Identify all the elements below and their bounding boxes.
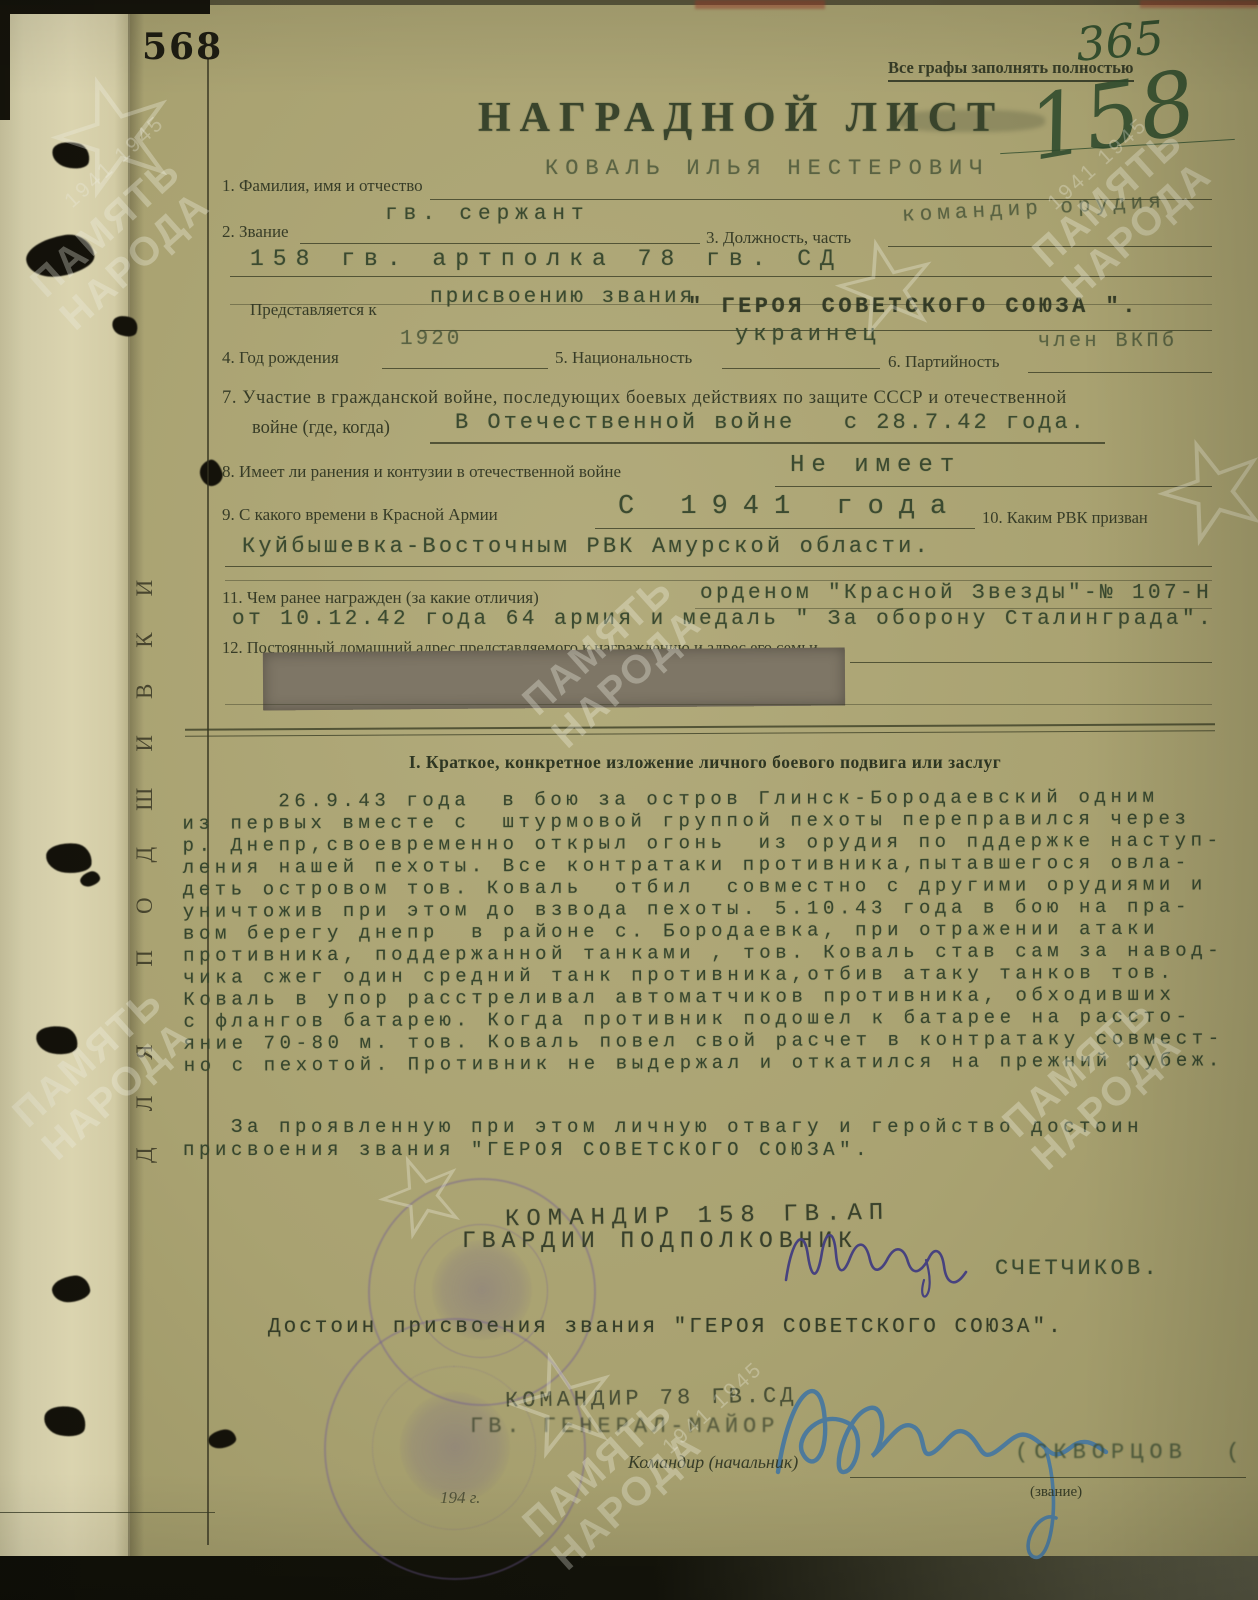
field-label-position: 3. Должность, часть [706, 228, 851, 248]
presented-value: присвоению звания [430, 286, 695, 309]
red-stamp-trace [1140, 0, 1258, 8]
feat-description: 26.9.43 года в бою за остров Глинск-Боро… [182, 785, 1253, 1077]
round-stamp [324, 1318, 586, 1580]
name-value: КОВАЛЬ ИЛЬЯ НЕСТЕРОВИЧ [545, 156, 989, 181]
presented-title-value: " ГЕРОЯ СОВЕТСКОГО СОЮЗА ". [688, 294, 1139, 319]
form-line [1028, 372, 1212, 373]
field-label-army-since: 9. С какого времени в Красной Армии [222, 505, 498, 525]
field-label-war-participation-2: войне (где, когда) [252, 418, 390, 439]
commander-ap-name: СЧЕТЧИКОВ. [995, 1256, 1160, 1281]
archive-number: 568 [142, 26, 223, 68]
document-title: НАГРАДНОЙ ЛИСТ [478, 94, 1004, 142]
form-line [595, 528, 975, 529]
rank-caption: (звание) [1030, 1484, 1082, 1501]
prior-awards-value: орденом "Красной Звезды"-№ 107-Н [700, 582, 1212, 605]
commander-sd-line: КОМАНДИР 78 ГВ.СД [505, 1383, 798, 1413]
nationality-value: украинец [735, 322, 881, 347]
field-label-name: 1. Фамилия, имя и отчество [222, 176, 423, 196]
round-stamp-emblem [400, 1392, 510, 1502]
war-participation-value: В Отечественной войне с 28.7.42 года. [455, 410, 1087, 435]
commander-sd-rank: ГВ. ГЕНЕРАЛ-МАЙОР [470, 1414, 779, 1439]
ink-blot [207, 1428, 238, 1451]
separator-rule [185, 730, 1215, 736]
field-label-rank: 2. Звание [222, 222, 289, 242]
ink-blot [197, 458, 225, 489]
redaction-block [263, 647, 845, 710]
feat-section-heading: I. Краткое, конкретное изложение личного… [255, 752, 1155, 773]
birth-year-value: 1920 [400, 328, 462, 351]
date-line [0, 1512, 215, 1513]
wounds-value: Не имеет [790, 452, 961, 479]
field-label-presented: Представляется к [250, 300, 377, 320]
feat-conclusion: За проявленную при этом личную отвагу и … [183, 1116, 1253, 1162]
rvk-value: Куйбышевка-Восточным РВК Амурской област… [242, 534, 931, 559]
position-value: командир орудия [902, 191, 1167, 228]
field-label-prior-awards: 11. Чем ранее награжден (за какие отличи… [222, 588, 539, 608]
form-line [850, 662, 1212, 663]
field-label-rvk: 10. Каким РВК призван [982, 508, 1148, 528]
field-label-party: 6. Партийность [888, 352, 999, 372]
form-line [225, 580, 1212, 581]
form-line [382, 368, 548, 369]
rank-value: гв. сержант [385, 203, 590, 226]
scan-edge-left [0, 0, 10, 120]
signature-line [850, 1477, 1246, 1478]
party-value: член ВКПб [1038, 330, 1178, 353]
form-line [722, 368, 880, 369]
margin-vertical-text: ДЛЯ ПОДШИВКИ [132, 418, 158, 1163]
field-label-war-participation: 7. Участие в гражданской войне, последую… [222, 388, 1067, 409]
unit-value: 158 гв. артполка 78 гв. СД [250, 246, 843, 272]
form-line [225, 566, 1212, 567]
prior-awards-value-2: от 10.12.42 года 64 армия и медаль " За … [232, 608, 1214, 631]
army-since-value: С 1941 года [618, 492, 961, 522]
separator-rule [185, 723, 1215, 730]
year-line: 194 г. [440, 1488, 480, 1508]
form-line [225, 704, 1212, 705]
signature-skvortsov [760, 1352, 1160, 1600]
approval-line: Достоин присвоения звания "ГЕРОЯ СОВЕТСК… [268, 1316, 1064, 1339]
form-line [300, 243, 700, 244]
field-label-birth-year: 4. Год рождения [222, 348, 339, 368]
field-label-nationality: 5. Национальность [555, 348, 692, 368]
star-watermark-icon: ☆ [1126, 391, 1258, 587]
scan-edge-top [0, 0, 1258, 5]
form-line [430, 442, 1105, 444]
commander-caption: Командир (начальник) [628, 1452, 798, 1473]
field-label-wounds: 8. Имеет ли ранения и контузии в отечест… [222, 462, 621, 482]
red-stamp-trace [695, 0, 825, 9]
form-line [230, 276, 1212, 277]
commander-sd-name: (СКВОРЦОВ ( [1015, 1440, 1245, 1465]
signature-schetchikov [778, 1208, 978, 1318]
form-line [888, 246, 1212, 247]
award-sheet-document: ДЛЯ ПОДШИВКИ 568 365 Все графы заполнять… [0, 0, 1258, 1600]
form-line [775, 486, 1212, 487]
